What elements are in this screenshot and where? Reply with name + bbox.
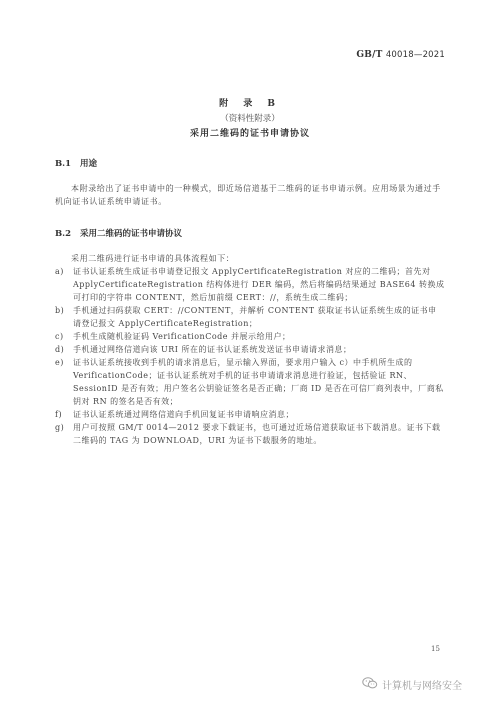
item-label: b): [55, 304, 73, 330]
list-item: a) 证书认证系统生成证书申请登记报文 ApplyCertificateRegi…: [55, 265, 445, 304]
item-label: g): [55, 421, 73, 447]
list-item: b) 手机通过扫码获取 CERT：//CONTENT，并解析 CONTENT 获…: [55, 304, 445, 330]
item-label: a): [55, 265, 73, 304]
item-label: f): [55, 408, 73, 421]
item-text: 证书认证系统通过网络信道向手机回复证书申请响应消息；: [73, 408, 445, 421]
annex-type: （资料性附录）: [0, 112, 500, 126]
section-number: B.2: [55, 229, 77, 239]
standard-number: GB/T 40018—2021: [356, 50, 445, 60]
watermark-text: 计算机与网络安全: [382, 677, 462, 692]
section-heading-b2: B.2 采用二维码的证书申请协议: [55, 227, 182, 239]
procedure-intro: 采用二维码进行证书申请的具体流程如下：: [55, 252, 445, 265]
item-label: d): [55, 343, 73, 356]
annex-title: 采用二维码的证书申请协议: [0, 126, 500, 142]
item-text: 手机通过网络信道向该 URI 所在的证书认证系统发送证书申请请求消息；: [73, 343, 445, 356]
watermark: 计算机与网络安全: [362, 677, 462, 692]
standard-code: 40018—2021: [386, 50, 445, 60]
list-item: f) 证书认证系统通过网络信道向手机回复证书申请响应消息；: [55, 408, 445, 421]
section-number: B.1: [55, 159, 77, 169]
section-heading-b1: B.1 用途: [55, 157, 97, 169]
wechat-icon: [362, 677, 378, 692]
list-item: c) 手机生成随机验证码 VerificationCode 并展示给用户；: [55, 330, 445, 343]
item-text: 证书认证系统生成证书申请登记报文 ApplyCertificateRegistr…: [73, 265, 445, 304]
procedure-list: 采用二维码进行证书申请的具体流程如下： a) 证书认证系统生成证书申请登记报文 …: [55, 252, 445, 447]
item-text: 手机通过扫码获取 CERT：//CONTENT，并解析 CONTENT 获取证书…: [73, 304, 445, 330]
item-text: 证书认证系统接收到手机的请求消息后，显示输入界面，要求用户输入 c）中手机所生成…: [73, 356, 445, 408]
section-title: 采用二维码的证书申请协议: [80, 229, 182, 239]
section-title: 用途: [80, 159, 97, 169]
annex-label: 附 录 B: [0, 96, 500, 112]
item-text: 手机生成随机验证码 VerificationCode 并展示给用户；: [73, 330, 445, 343]
annex-title-block: 附 录 B （资料性附录） 采用二维码的证书申请协议: [0, 96, 500, 142]
item-label: e): [55, 356, 73, 408]
list-item: e) 证书认证系统接收到手机的请求消息后，显示输入界面，要求用户输入 c）中手机…: [55, 356, 445, 408]
standard-prefix: GB/T: [356, 50, 382, 60]
list-item: d) 手机通过网络信道向该 URI 所在的证书认证系统发送证书申请请求消息；: [55, 343, 445, 356]
section-b1-paragraph: 本附录给出了证书申请中的一种模式，即近场信道基于二维码的证书申请示例。应用场景为…: [55, 182, 445, 208]
item-text: 用户可按照 GM/T 0014—2012 要求下载证书，也可通过近场信道获取证书…: [73, 421, 445, 447]
page-number: 15: [431, 645, 440, 653]
item-label: c): [55, 330, 73, 343]
list-item: g) 用户可按照 GM/T 0014—2012 要求下载证书，也可通过近场信道获…: [55, 421, 445, 447]
